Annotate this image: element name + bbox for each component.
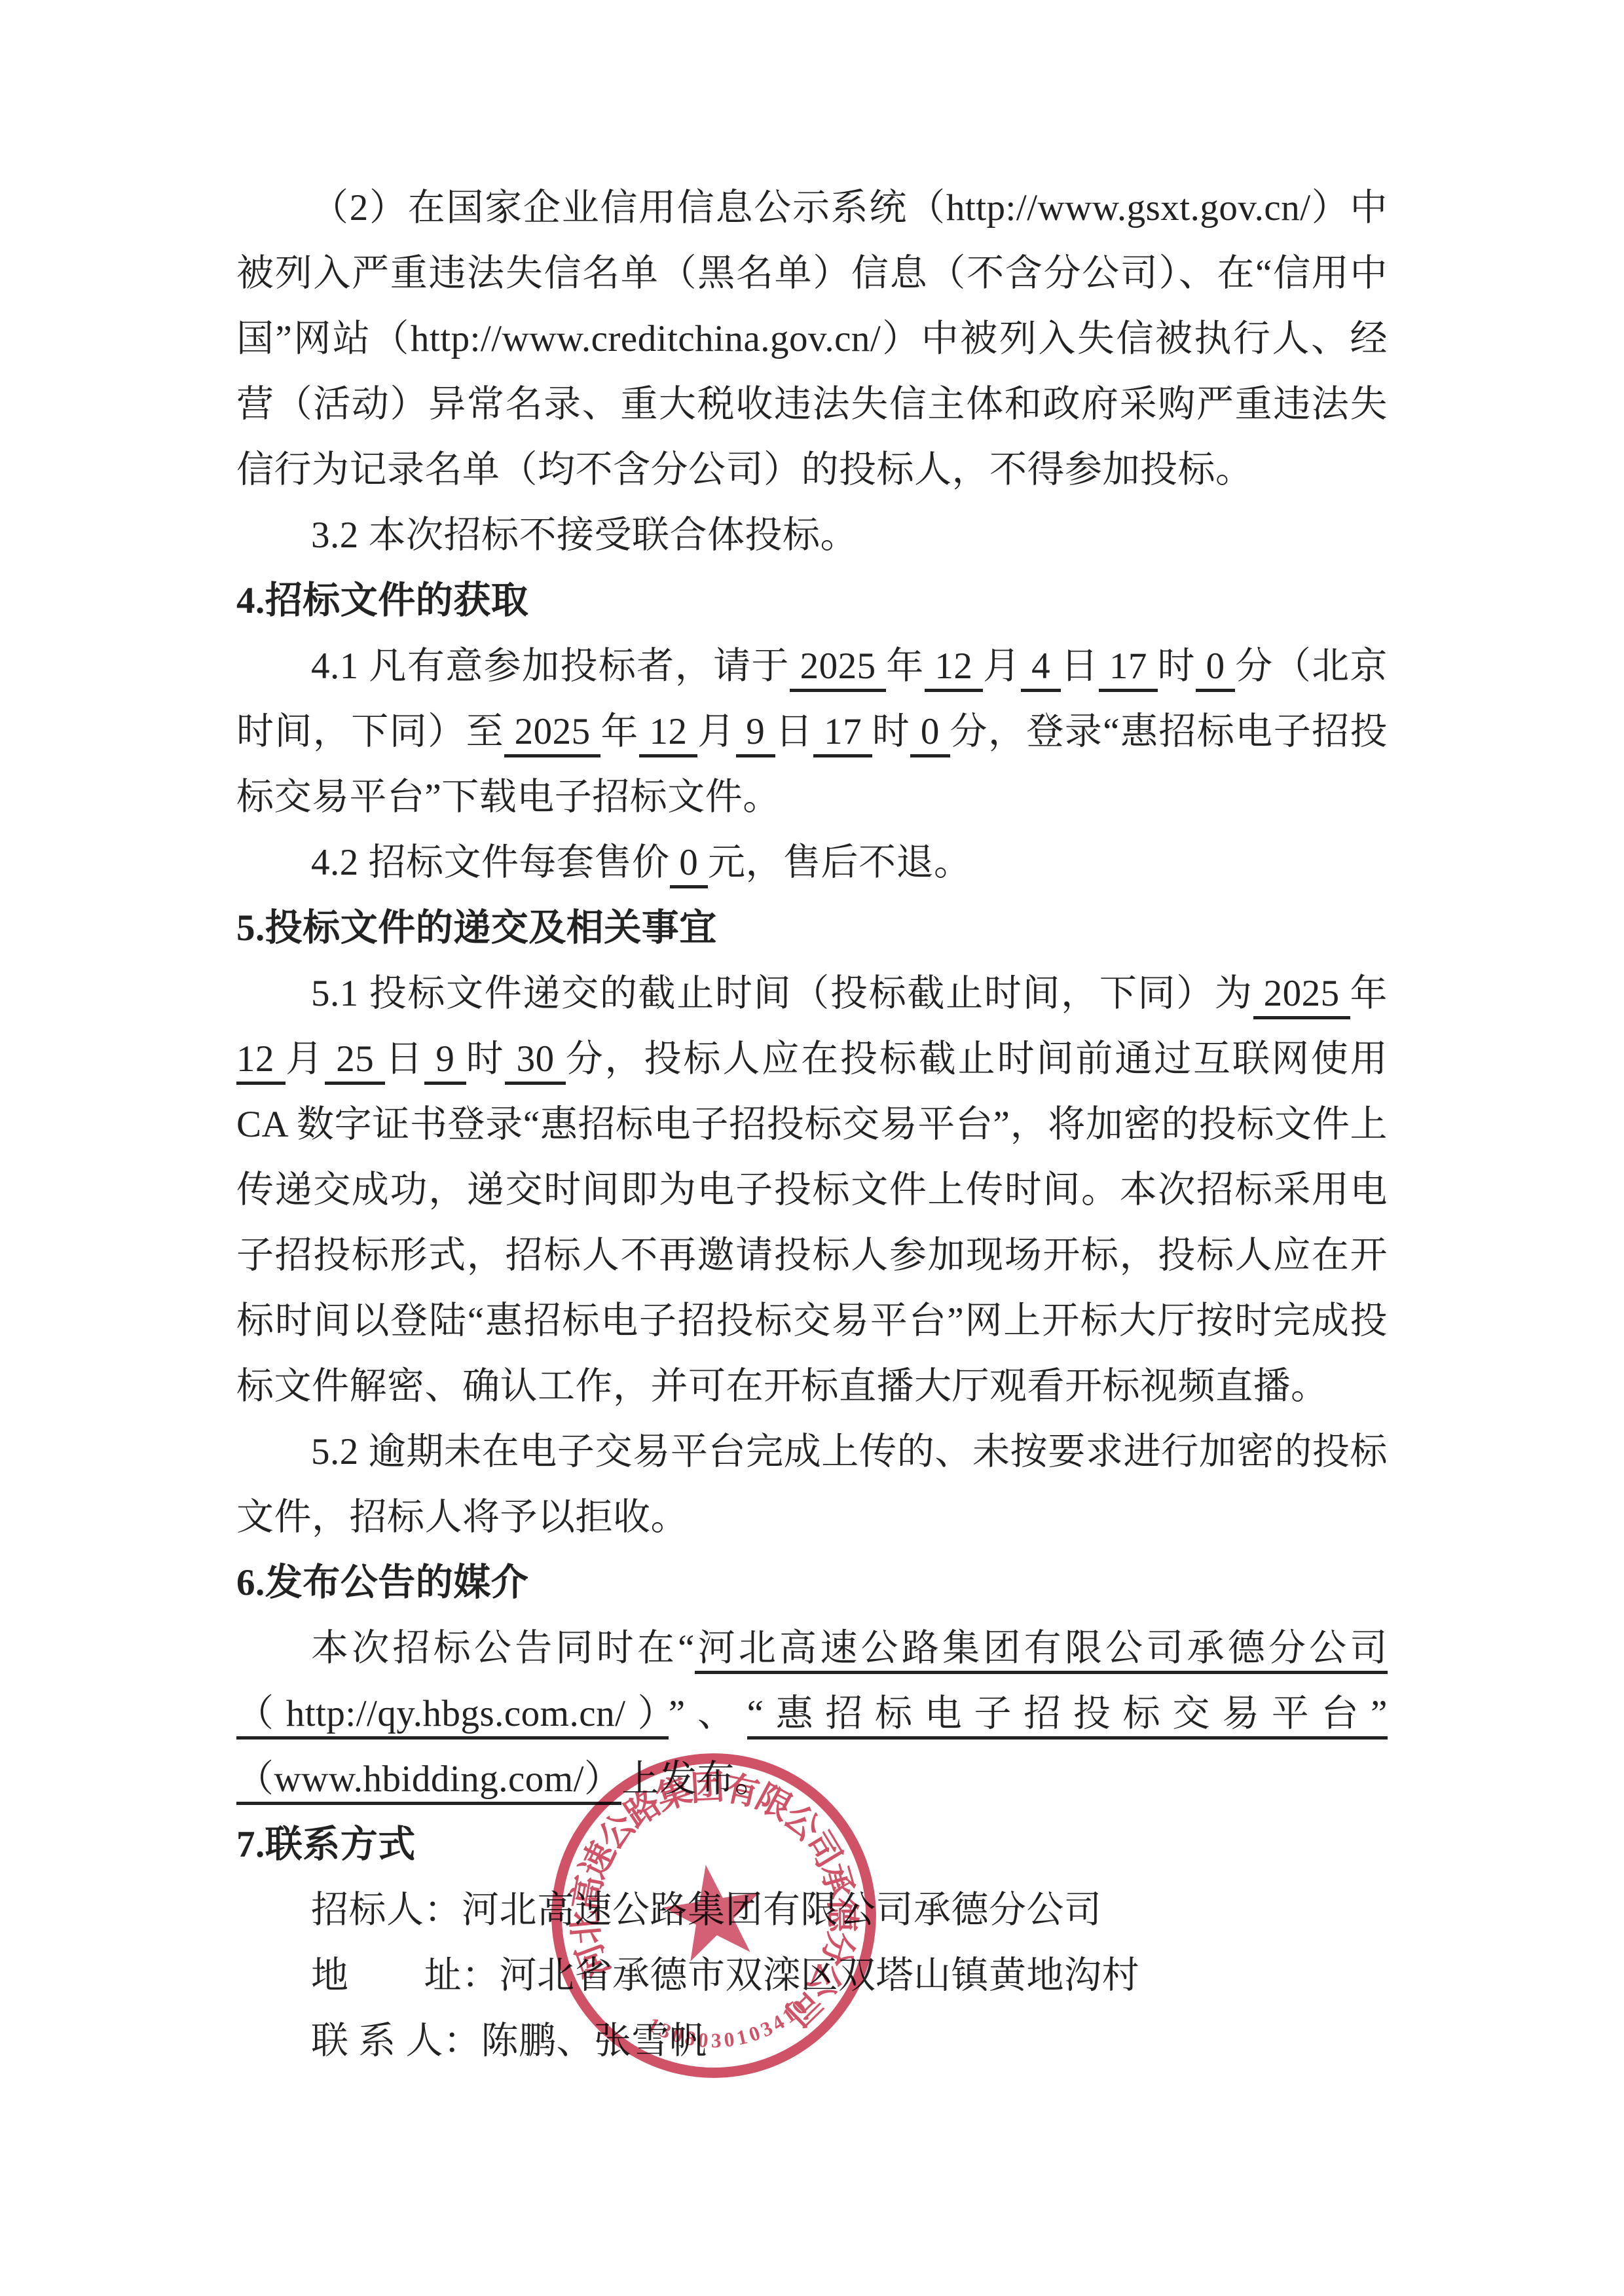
section-heading-7: 7.联系方式 xyxy=(236,1812,1388,1878)
underlined-text: 0 xyxy=(1196,646,1235,692)
text-line: （http://qy.hbgs.com.cn/）”、“惠招标电子招投标交易平台” xyxy=(236,1681,1388,1747)
text-run: 时 xyxy=(466,1038,506,1080)
underlined-text: 河北高速公路集团有限公司承德分公司 xyxy=(695,1628,1388,1674)
underlined-text: 12 xyxy=(639,711,697,757)
text-run: 月 xyxy=(286,1038,325,1080)
underlined-text: 17 xyxy=(1099,646,1157,692)
text-run: 地 址：河北省承德市双滦区双塔山镇黄地沟村 xyxy=(311,1955,1139,1996)
text-run: 7.联系方式 xyxy=(236,1824,416,1865)
text-run: 5.投标文件的递交及相关事宜 xyxy=(236,907,717,949)
text-run: 月 xyxy=(983,646,1021,687)
text-run: 年 xyxy=(600,711,638,752)
underlined-text: 2025 xyxy=(790,646,886,692)
section-heading-4: 4.招标文件的获取 xyxy=(236,568,1388,634)
underlined-text: 4 xyxy=(1021,646,1060,692)
text-line: 本次招标公告同时在“河北高速公路集团有限公司承德分公司 xyxy=(236,1616,1388,1681)
text-run: 5.2 逾期未在电子交易平台完成上传的、未按要求进行加密的投标文件，招标人将予以… xyxy=(236,1431,1388,1538)
text-run: 元，售后不退。 xyxy=(708,842,972,883)
paragraph-4-1: 4.1 凡有意参加投标者，请于 2025 年 12 月 4 日 17 时 0 分… xyxy=(236,634,1388,830)
text-run: 招标人：河北高速公路集团有限公司承德分公司 xyxy=(311,1889,1102,1931)
text-run: 4.2 招标文件每套售价 xyxy=(311,842,670,883)
underlined-text: “惠招标电子招投标交易平台” xyxy=(747,1693,1388,1740)
text-run: 联 系 人：陈鹏、张雪帆 xyxy=(311,2020,707,2062)
text-run: 分，投标人应在投标截止时间前通过互联网使用 CA 数字证书登录“惠招标电子招投标… xyxy=(236,1038,1388,1407)
text-run: 日 xyxy=(385,1038,424,1080)
underlined-text: 9 xyxy=(736,711,775,757)
paragraph-blacklist-clause: （2）在国家企业信用信息公示系统（http://www.gsxt.gov.cn/… xyxy=(236,175,1388,503)
text-run: 年 xyxy=(886,646,924,687)
underlined-text: 2025 xyxy=(1253,973,1350,1019)
document-page: （2）在国家企业信用信息公示系统（http://www.gsxt.gov.cn/… xyxy=(0,0,1624,2296)
underlined-text: 0 xyxy=(670,842,709,888)
text-line: （www.hbidding.com/）上发布。 xyxy=(236,1747,1388,1812)
underlined-text: 25 xyxy=(325,1038,385,1085)
text-run: 月 xyxy=(697,711,735,752)
text-run: ”、 xyxy=(669,1693,747,1734)
text-run: 本次招标公告同时在“ xyxy=(311,1628,695,1669)
section-heading-5: 5.投标文件的递交及相关事宜 xyxy=(236,896,1388,961)
document-body: （2）在国家企业信用信息公示系统（http://www.gsxt.gov.cn/… xyxy=(236,175,1388,2074)
paragraph-4-2: 4.2 招标文件每套售价 0 元，售后不退。 xyxy=(236,830,1388,896)
text-run: 时 xyxy=(1158,646,1196,687)
underlined-text: 17 xyxy=(813,711,872,757)
text-run: 6.发布公告的媒介 xyxy=(236,1562,528,1603)
underlined-text: （www.hbidding.com/） xyxy=(236,1758,621,1805)
text-run: 5.1 投标文件递交的截止时间（投标截止时间，下同）为 xyxy=(311,973,1253,1014)
text-run: 日 xyxy=(775,711,813,752)
paragraph-3-2: 3.2 本次招标不接受联合体投标。 xyxy=(236,503,1388,568)
paragraph-media: 本次招标公告同时在“河北高速公路集团有限公司承德分公司（http://qy.hb… xyxy=(236,1616,1388,1812)
text-run: （2）在国家企业信用信息公示系统（http://www.gsxt.gov.cn/… xyxy=(236,187,1388,490)
text-run: 日 xyxy=(1061,646,1099,687)
text-run: 年 xyxy=(1350,973,1388,1014)
underlined-text: 30 xyxy=(505,1038,565,1085)
underlined-text: 12 xyxy=(925,646,983,692)
section-heading-6: 6.发布公告的媒介 xyxy=(236,1550,1388,1616)
underlined-text: （http://qy.hbgs.com.cn/） xyxy=(236,1693,669,1740)
underlined-text: 0 xyxy=(910,711,950,757)
underlined-text: 9 xyxy=(424,1038,466,1085)
text-run: 4.1 凡有意参加投标者，请于 xyxy=(311,646,790,687)
underlined-text: 2025 xyxy=(504,711,600,757)
text-run: 3.2 本次招标不接受联合体投标。 xyxy=(311,515,858,556)
text-run: 上发布。 xyxy=(621,1758,772,1800)
paragraph-5-2: 5.2 逾期未在电子交易平台完成上传的、未按要求进行加密的投标文件，招标人将予以… xyxy=(236,1419,1388,1550)
contact-tenderer-line: 招标人：河北高速公路集团有限公司承德分公司 xyxy=(236,1878,1388,1943)
text-run: 时 xyxy=(872,711,910,752)
paragraph-5-1: 5.1 投标文件递交的截止时间（投标截止时间，下同）为 2025 年 12 月 … xyxy=(236,961,1388,1419)
underlined-text: 12 xyxy=(236,1038,286,1085)
contact-address-line: 地 址：河北省承德市双滦区双塔山镇黄地沟村 xyxy=(236,1943,1388,2009)
contact-person-line: 联 系 人：陈鹏、张雪帆 xyxy=(236,2009,1388,2074)
text-run: 4.招标文件的获取 xyxy=(236,580,528,621)
